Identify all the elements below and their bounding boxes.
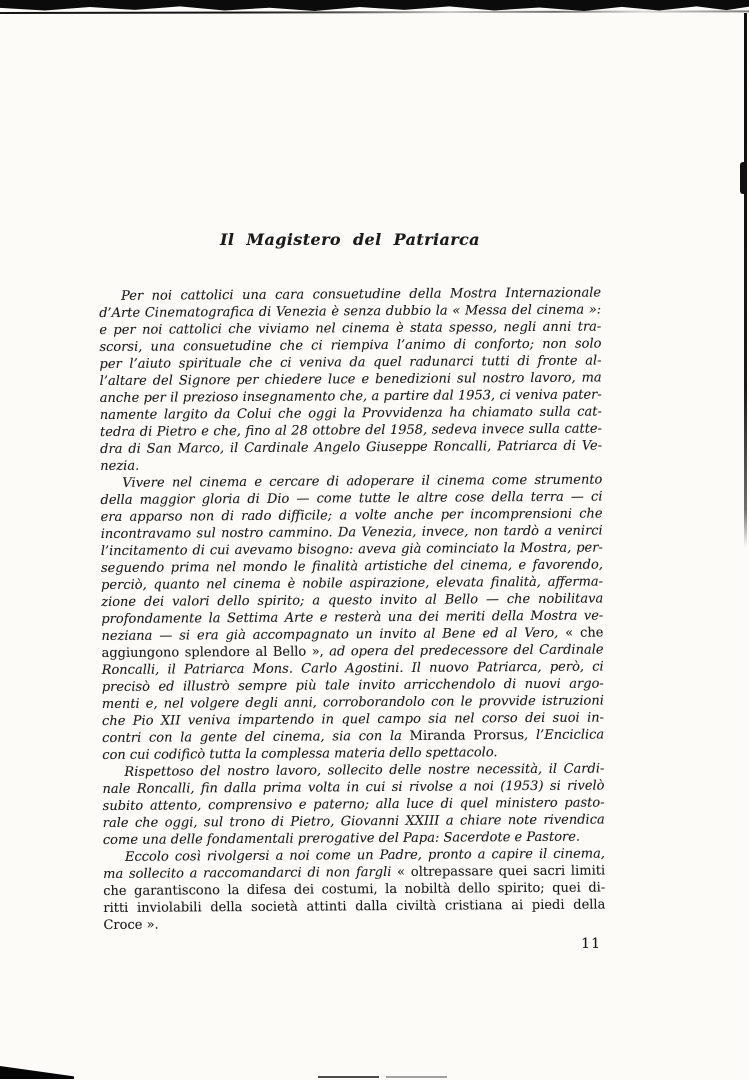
italic-text-segment: con cui codificò tutta la complessa mate… [102,745,497,763]
text-line: contri con la gente del cinema, sia con … [102,726,604,747]
page-number: 11 [99,936,601,952]
scan-edge-top [0,0,749,11]
paragraph: Vivere nel cinema e cercare di adoperare… [100,471,604,763]
scan-edge-right-blob [740,162,747,194]
roman-text-segment: ritti inviolabili della società attinti … [103,897,605,916]
roman-text-segment: « che [565,625,603,640]
paragraph: Rispettoso del nostro lavoro, sollecito … [102,760,605,849]
text-line: ritti inviolabili della società attinti … [103,896,605,917]
text-line: dra di San Marco, il Cardinale Angelo Gi… [100,437,602,458]
italic-text-segment: , l’Enciclica [524,727,604,743]
scan-corner-bottom-left [0,1066,74,1079]
italic-text-segment: ma sollecito a raccomandarci di non farg… [103,865,397,882]
scan-mark-bottom [318,1076,379,1078]
scan-edge-top-line [0,10,749,14]
italic-text-segment: dra di San Marco, il Cardinale Angelo Gi… [100,438,602,457]
scanned-page: Il Magistero del Patriarca Per noi catto… [0,0,749,1080]
roman-text-segment: Croce ». [103,918,158,933]
scan-edge-right-line [744,13,747,547]
text-block: Per noi cattolici una cara consuetudine … [99,284,605,933]
italic-text-segment: contri con la gente del cinema, sia con … [102,729,410,746]
roman-text-segment: « oltrepassare quei sacri limiti [397,863,605,879]
roman-text-segment: aggiungono splendore al Bello », [101,644,329,661]
italic-text-segment: ad opera del predecessore del Cardinale [329,642,603,659]
page-title: Il Magistero del Patriarca [99,230,601,249]
paragraph: Eccolo così rivolgersi a noi come un Pad… [103,845,606,934]
paragraph: Per noi cattolici una cara consuetudine … [99,284,602,475]
text-line: Croce ». [103,913,605,934]
roman-text-segment: Miranda Prorsus [410,728,524,744]
italic-text-segment: nezia. [100,459,139,474]
